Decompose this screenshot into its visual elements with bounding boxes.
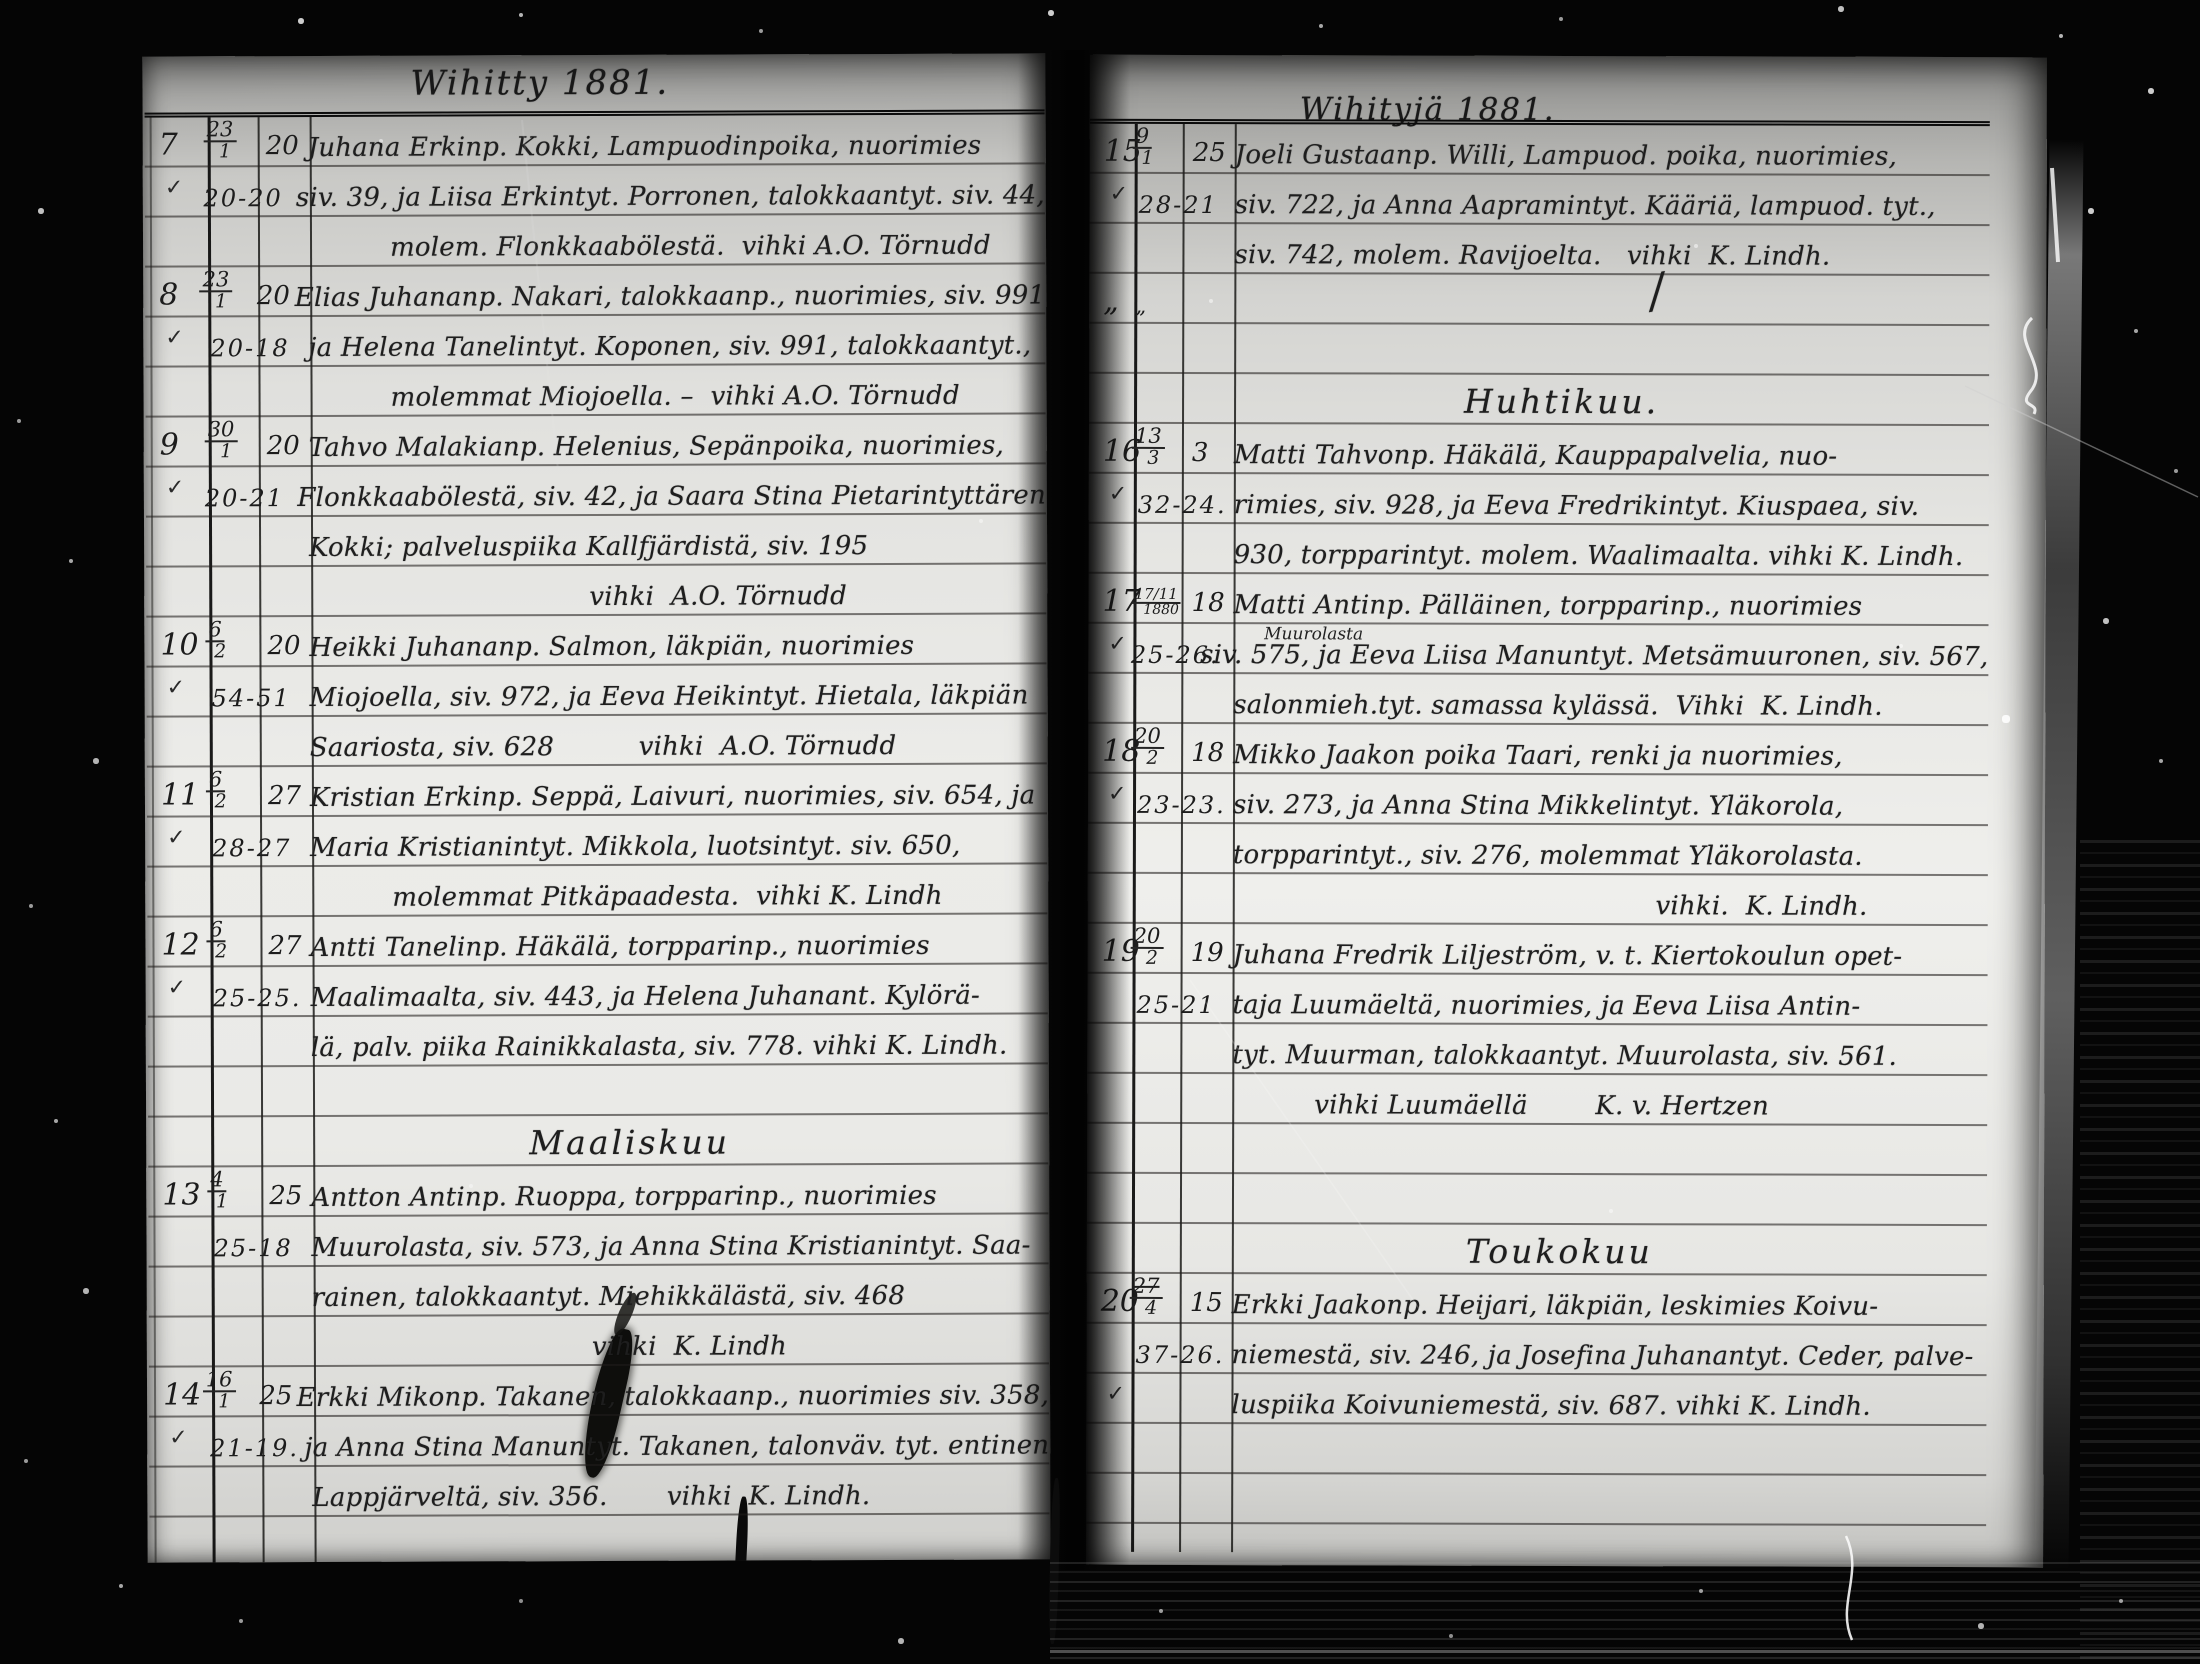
entry-line-text: Erkki Mikonp. Takanen, talokkaanp., nuor… [297, 1380, 1050, 1415]
date-day: 23 [204, 120, 237, 142]
entry-text-cell: Maria Kristianintyt. Mikkola, luotsintyt… [310, 814, 1047, 865]
column3-cell [1179, 1524, 1231, 1567]
entry-number-cell [1088, 674, 1133, 722]
column3-cell [260, 1317, 312, 1365]
register-table: 723120Juhana Erkinp. Kokki, Lampuodinpoi… [145, 109, 1050, 1562]
date-cell: 28-27 [208, 817, 258, 865]
column3-cell [1175, 624, 1200, 672]
register-row: molem. Flonkkaabölestä. vihki A.O. Törnu… [145, 214, 1045, 267]
date-fraction: 133 [1134, 427, 1167, 467]
entry-line-text: Juhana Fredrik Liljeström, v. t. Kiertok… [1233, 940, 1903, 974]
check-mark: ✓ [165, 325, 184, 350]
column3-value: 25 [259, 1381, 292, 1411]
column3-cell: 18 [1181, 724, 1233, 772]
entry-number-cell: 14 [149, 1367, 205, 1415]
column3-cell [260, 1517, 312, 1563]
column3-cell [1180, 1074, 1232, 1122]
column3-cell [256, 1417, 304, 1465]
entry-number: 10 [160, 627, 198, 662]
register-row [1086, 1474, 1986, 1526]
date-cell [210, 1317, 260, 1365]
entry-text-cell: siv. 39, ja Liisa Erkintyt. Porronen, ta… [296, 164, 1045, 215]
check-mark: ✓ [167, 675, 186, 700]
register-row: 25-18Muurolasta, siv. 573, ja Anna Stina… [148, 1214, 1048, 1267]
column3-value: 18 [1192, 588, 1225, 618]
column3-cell [251, 467, 298, 515]
register-row [1089, 324, 1989, 376]
entry-number-cell: 15 [1090, 124, 1135, 172]
entry-text-cell: vihki. K. Lindh. [1233, 874, 1988, 924]
date-cell: 202 [1133, 924, 1181, 972]
register-table: 159125Joeli Gustaanp. Willi, Lampuod. po… [1086, 119, 1990, 1568]
entry-text-cell: Mikko Jaakon poika Taari, renki ja nuori… [1233, 724, 1988, 774]
date-cell: „ [1134, 274, 1182, 322]
column3-value: 20 [267, 631, 300, 661]
entry-line-text: Lappjärveltä, siv. 356. vihki K. Lindh. [312, 1481, 870, 1515]
column3-cell [258, 667, 310, 715]
column3-cell [1181, 674, 1233, 722]
entry-line-text: Antton Antinp. Ruoppa, torpparinp., nuor… [311, 1181, 937, 1215]
entry-line-text: Heikki Juhananp. Salmon, läkpiän, nuorim… [309, 631, 914, 665]
register-row: 930120Tahvo Malakianp. Helenius, Sepänpo… [146, 414, 1046, 467]
column3-cell [258, 817, 310, 865]
column3-cell [1182, 274, 1234, 322]
month-heading-row: Maaliskuu [148, 1114, 1048, 1167]
column3-cell [1182, 524, 1234, 572]
entry-number-cell: 9 [146, 417, 207, 465]
column3-cell: 25 [1183, 124, 1235, 172]
column3-cell [257, 517, 309, 565]
entry-number-cell [1087, 1174, 1132, 1222]
entry-number-cell [146, 567, 207, 615]
register-row: vihki K. Lindh [149, 1314, 1049, 1367]
date-cell [209, 1067, 259, 1115]
date-fraction: 274 [1132, 1277, 1165, 1317]
entry-number-cell: ✓ [1090, 174, 1135, 222]
entry-text-cell: molem. Flonkkaabölestä. vihki A.O. Törnu… [308, 214, 1045, 265]
entry-line-text: ja Helena Tanelintyt. Koponen, siv. 991,… [308, 330, 1031, 365]
column3-cell: 15 [1180, 1274, 1232, 1322]
entry-number-cell [1086, 1524, 1131, 1568]
date-day: 9 [1133, 127, 1152, 149]
column3-cell [258, 867, 310, 915]
date-cell: 301 [207, 417, 257, 465]
entry-text-cell: ja Helena Tanelintyt. Koponen, siv. 991,… [308, 314, 1045, 365]
entry-number-cell [1089, 324, 1134, 372]
date-cell [207, 517, 257, 565]
dust-specks [0, 0, 2, 2]
column3-cell [1180, 974, 1232, 1022]
entry-text-cell: Muurolastasiv. 575, ja Eeva Liisa Manunt… [1200, 624, 1988, 674]
column3-value: 20 [257, 281, 290, 311]
entry-text-cell: Erkki Mikonp. Takanen, talokkaanp., nuor… [297, 1364, 1050, 1415]
entry-line-text: Kokki; palveluspiika Kallfjärdistä, siv.… [309, 531, 868, 565]
entry-text-cell: tyt. Muurman, talokkaantyt. Muurolasta, … [1232, 1024, 1987, 1074]
register-row: 161333Matti Tahvonp. Häkälä, Kauppapalve… [1089, 424, 1989, 476]
column3-cell: 18 [1181, 574, 1233, 622]
entry-line-text: vihki. K. Lindh. [1656, 891, 1868, 924]
date-cell: 54-51 [208, 667, 258, 715]
entry-text-cell: Juhana Fredrik Liljeström, v. t. Kiertok… [1233, 924, 1988, 974]
entry-text-cell: Heikki Juhananp. Salmon, läkpiän, nuorim… [309, 614, 1046, 665]
register-row: ✓25-25.Maalimaalta, siv. 443, ja Helena … [148, 964, 1048, 1017]
entry-number-cell: 13 [148, 1167, 209, 1215]
register-row: siv. 742, molem. Ravijoelta. vihki K. Li… [1089, 224, 1989, 276]
entry-text-cell: ∕ [1234, 274, 1989, 324]
date-cell [210, 1467, 260, 1515]
entry-line-text: molemmat Miojoella. – vihki A.O. Törnudd [391, 381, 960, 415]
register-row: 126227Antti Tanelinp. Häkälä, torpparinp… [147, 914, 1047, 967]
entry-number-cell: ✓ [1089, 474, 1134, 522]
date-fraction: 41 [209, 1170, 229, 1210]
entry-line-text: molem. Flonkkaabölestä. vihki A.O. Törnu… [390, 231, 991, 265]
register-row: ✓luspiika Koivuniemestä, siv. 687. vihki… [1086, 1374, 1986, 1426]
entry-text-cell: Kristian Erkinp. Seppä, Laivuri, nuorimi… [310, 764, 1047, 815]
column3-cell [1180, 1124, 1232, 1172]
date-cell [1132, 1224, 1180, 1272]
date-cell [1132, 1074, 1180, 1122]
film-streaks [1050, 1650, 2200, 1653]
date-day: 20 [1131, 927, 1164, 949]
entry-text-cell: Saariosta, siv. 628 vihki A.O. Törnudd [310, 714, 1047, 765]
date-cell [208, 867, 258, 915]
entry-line-text: rimies, siv. 928, ja Eeva Fredrikintyt. … [1234, 490, 1920, 524]
register-row [1087, 1174, 1987, 1226]
entry-text-cell: Lappjärveltä, siv. 356. vihki K. Lindh. [312, 1464, 1049, 1515]
register-row: 134125Antton Antinp. Ruoppa, torpparinp.… [148, 1164, 1048, 1217]
entry-line-text: ja Anna Stina Manuntyt. Takanen, talonvä… [304, 1430, 1049, 1465]
column3-cell [1182, 224, 1234, 272]
date-fraction: 202 [1133, 727, 1166, 767]
entry-text-cell: Tahvo Malakianp. Helenius, Sepänpoika, n… [309, 414, 1046, 465]
date-cell: 62 [207, 617, 257, 665]
entry-text-cell: ja Anna Stina Manuntyt. Takanen, talonvä… [304, 1414, 1049, 1465]
check-mark: ✓ [169, 1425, 188, 1450]
date-month: 1 [215, 292, 227, 310]
register-row: 116227Kristian Erkinp. Seppä, Laivuri, n… [147, 764, 1047, 817]
date-month: 2 [1146, 749, 1158, 767]
date-cell [1131, 1424, 1179, 1472]
column3-cell [1180, 1024, 1232, 1072]
entry-number-cell: ✓ [147, 817, 208, 865]
entry-number: 12 [161, 927, 199, 962]
register-row: 2027415Erkki Jaakonp. Heijari, läkpiän, … [1087, 1274, 1987, 1326]
entry-number-cell [145, 367, 206, 415]
date-cell [1134, 524, 1182, 572]
register-row: ✓25-26.Muurolastasiv. 575, ja Eeva Liisa… [1088, 624, 1988, 676]
column3-value: 20 [267, 431, 300, 461]
date-cell: 25-26. [1127, 624, 1175, 672]
column3-cell [260, 1467, 312, 1515]
microfilm-scan: Wihitty 1881. 723120Juhana Erkinp. Kokki… [0, 0, 2200, 1664]
register-row: Saariosta, siv. 628 vihki A.O. Törnudd [147, 714, 1047, 767]
entry-number-cell [1088, 874, 1133, 922]
column3-cell [259, 1067, 311, 1115]
entry-number-cell [148, 1067, 209, 1115]
check-mark: ✓ [1106, 1382, 1125, 1407]
column3-cell [1182, 374, 1234, 422]
check-mark: ✓ [166, 475, 185, 500]
entry-line-text: siv. 39, ja Liisa Erkintyt. Porronen, ta… [296, 180, 1045, 215]
date-month: 2 [214, 642, 226, 660]
date-cell: 91 [1135, 124, 1183, 172]
entry-line-text: Juhana Erkinp. Kokki, Lampuodinpoika, nu… [308, 131, 982, 165]
register-row: 106220Heikki Juhananp. Salmon, läkpiän, … [146, 614, 1046, 667]
date-day: 30 [205, 420, 238, 442]
column3-cell [1182, 324, 1234, 372]
entry-number-cell [1087, 1324, 1132, 1372]
entry-line-text: molemmat Pitkäpaadesta. vihki K. Lindh [392, 881, 942, 915]
date-cell: 231 [206, 117, 256, 165]
date-cell: 202 [1133, 724, 1181, 772]
entry-text-cell: 930, torpparintyt. molem. Waalimaalta. v… [1234, 524, 1989, 574]
date-cell: 20-21 [201, 467, 251, 515]
entry-line-text: Flonkkaabölestä, siv. 42, ja Saara Stina… [297, 480, 1046, 515]
entry-text-cell: rainen, talokkaantyt. Miehikkälästä, siv… [312, 1264, 1049, 1315]
date-cell: 25-18 [209, 1217, 259, 1265]
entry-text-cell: vihki A.O. Törnudd [309, 564, 1046, 615]
column3-cell: 19 [1181, 924, 1233, 972]
entry-number-cell: 7 [145, 117, 206, 165]
entry-text-cell: luspiika Koivuniemestä, siv. 687. vihki … [1231, 1374, 1986, 1424]
entry-text-cell: Toukokuu [1232, 1224, 1987, 1274]
column3-cell [260, 1267, 312, 1315]
entry-line-text: niemestä, siv. 246, ja Josefina Juhanant… [1232, 1340, 1974, 1374]
column3-cell [259, 1017, 311, 1065]
entry-text-cell: Maaliskuu [311, 1114, 1048, 1165]
entry-text-cell: Kokki; palveluspiika Kallfjärdistä, siv.… [309, 514, 1046, 565]
date-month: 1 [220, 442, 232, 460]
date-cell [1131, 1524, 1179, 1567]
date-month: 4 [1145, 1299, 1157, 1317]
date-fraction: 17/111880 [1134, 587, 1183, 617]
entry-line-text: Muurolasta, siv. 573, ja Anna Stina Kris… [311, 1230, 1030, 1265]
entry-number-cell: 17 [1088, 574, 1133, 622]
entry-text-cell: molemmat Miojoella. – vihki A.O. Törnudd [308, 364, 1045, 415]
column3-cell [249, 167, 295, 215]
date-cell [1132, 1124, 1180, 1172]
date-cell: 62 [208, 917, 258, 965]
check-mark: ✓ [1109, 482, 1128, 507]
date-month: 2 [215, 942, 227, 960]
entry-text-cell: vihki Luumäellä K. v. Hertzen [1232, 1074, 1987, 1124]
register-row: 1717/11188018Matti Antinp. Pälläinen, to… [1088, 574, 1988, 626]
register-row: 1920219Juhana Fredrik Liljeström, v. t. … [1088, 924, 1988, 976]
check-mark: ✓ [1110, 182, 1129, 207]
register-row: ✓28-27Maria Kristianintyt. Mikkola, luot… [147, 814, 1047, 867]
column3-cell [1181, 874, 1233, 922]
entry-number-cell: ✓ [148, 967, 209, 1015]
date-cell [1134, 374, 1182, 422]
entry-number-cell [1089, 224, 1134, 272]
entry-line-text: Maria Kristianintyt. Mikkola, luotsintyt… [310, 831, 960, 865]
column3-cell [1179, 1424, 1231, 1472]
date-cell: 32-24. [1134, 474, 1182, 522]
entry-text-cell: salonmieh.tyt. samassa kylässä. Vihki K.… [1233, 674, 1988, 724]
date-cell [1133, 674, 1181, 722]
entry-number-cell: „ [1089, 274, 1134, 322]
column3-cell [259, 967, 311, 1015]
column3-value: 27 [268, 931, 301, 961]
entry-number-cell: 10 [146, 617, 207, 665]
column3-cell: 3 [1182, 424, 1234, 472]
date-cell [209, 1117, 259, 1165]
register-row [149, 1514, 1049, 1562]
entry-line-text: Elias Juhananp. Nakari, talokkaanp., nuo… [295, 280, 1046, 315]
entry-number-cell [1089, 374, 1134, 422]
entry-number-cell [148, 1217, 209, 1265]
register-row [1086, 1424, 1986, 1476]
entry-line-text: Maalimaalta, siv. 443, ja Helena Juhanan… [311, 981, 980, 1015]
date-cell: 20-18 [206, 317, 256, 365]
date-cell [1133, 874, 1181, 922]
entry-number: „ [1103, 284, 1119, 319]
entry-text-cell: taja Luumäeltä, nuorimies, ja Eeva Liisa… [1232, 974, 1987, 1024]
entry-number-cell: 11 [147, 767, 208, 815]
entry-number-cell: ✓ [149, 1417, 206, 1465]
date-cell: 231 [202, 267, 247, 315]
entry-number-cell: 19 [1088, 924, 1133, 972]
register-row: 37-26.niemestä, siv. 246, ja Josefina Ju… [1087, 1324, 1987, 1376]
entry-text-cell: torpparintyt., siv. 276, molemmat Yläkor… [1233, 824, 1988, 874]
column3-cell: 25 [249, 1367, 297, 1415]
date-cell [1132, 1174, 1180, 1222]
entry-line-text: siv. 273, ja Anna Stina Mikkelintyt. Ylä… [1233, 790, 1843, 824]
entry-text-cell: niemestä, siv. 246, ja Josefina Juhanant… [1232, 1324, 1987, 1374]
month-heading-row: Toukokuu [1087, 1224, 1987, 1276]
column3-value: 20 [266, 131, 299, 161]
entry-line-text: Erkki Jaakonp. Heijari, läkpiän, leskimi… [1232, 1290, 1879, 1324]
entry-text-cell [1232, 1174, 1987, 1224]
register-row: ✓21-19.ja Anna Stina Manuntyt. Takanen, … [149, 1414, 1049, 1467]
date-month: 1 [216, 1192, 228, 1210]
entry-number-cell [1087, 1074, 1132, 1122]
entry-text-cell: siv. 273, ja Anna Stina Mikkelintyt. Ylä… [1233, 774, 1988, 824]
column3-cell [1179, 1374, 1231, 1422]
entry-text-cell: Miojoella, siv. 972, ja Eeva Heikintyt. … [310, 664, 1047, 715]
register-row [1086, 1524, 1986, 1568]
register-row: ✓32-24.rimies, siv. 928, ja Eeva Fredrik… [1089, 474, 1989, 526]
date-cell [208, 717, 258, 765]
entry-text-cell: lä, palv. piika Rainikkalasta, siv. 778.… [311, 1014, 1048, 1065]
entry-text-cell: Erkki Jaakonp. Heijari, läkpiän, leskimi… [1232, 1274, 1987, 1324]
date-cell: 25-21 [1132, 974, 1180, 1022]
register-row: ✓54-51Miojoella, siv. 972, ja Eeva Heiki… [147, 664, 1047, 717]
entry-line-text: taja Luumäeltä, nuorimies, ja Eeva Liisa… [1232, 990, 1860, 1024]
register-row: torpparintyt., siv. 276, molemmat Yläkor… [1088, 824, 1988, 876]
column3-cell [1180, 1324, 1232, 1372]
column3-value: 19 [1191, 938, 1224, 968]
register-row: salonmieh.tyt. samassa kylässä. Vihki K.… [1088, 674, 1988, 726]
entry-number: 11 [161, 777, 199, 812]
register-row: ✓23-23.siv. 273, ja Anna Stina Mikkelint… [1088, 774, 1988, 826]
column3-cell: 20 [247, 267, 295, 315]
entry-number-cell [145, 217, 206, 265]
entry-number-cell [1086, 1424, 1131, 1472]
register-page-right: Wihityjä 1881. 159125Joeli Gustaanp. Wil… [1086, 55, 2047, 1568]
column3-cell [256, 317, 308, 365]
date-cell [1134, 224, 1182, 272]
entry-number-cell: ✓ [145, 167, 200, 215]
date-day: 4 [207, 1170, 226, 1192]
column3-cell [1180, 1224, 1232, 1272]
check-mark: ✓ [165, 175, 184, 200]
month-heading-row: Huhtikuu. [1089, 374, 1989, 426]
register-row: lä, palv. piika Rainikkalasta, siv. 778.… [148, 1014, 1048, 1067]
entry-line-text: 930, torpparintyt. molem. Waalimaalta. v… [1234, 540, 1964, 574]
check-mark: ✓ [168, 975, 187, 1000]
entry-number-cell [1087, 1224, 1132, 1272]
date-day: 6 [206, 770, 225, 792]
entry-number: 7 [159, 127, 178, 162]
entry-number-cell [149, 1467, 210, 1515]
register-row: 1820218Mikko Jaakon poika Taari, renki j… [1088, 724, 1988, 776]
column3-cell: 25 [259, 1167, 311, 1215]
column3-cell: 20 [257, 617, 309, 665]
entry-text-cell: Flonkkaabölestä, siv. 42, ja Saara Stina… [297, 464, 1046, 515]
entry-number-cell: ✓ [145, 317, 206, 365]
entry-line-text: salonmieh.tyt. samassa kylässä. Vihki K.… [1233, 690, 1883, 724]
date-cell [206, 367, 256, 415]
column3-cell [1182, 474, 1234, 522]
register-row: 723120Juhana Erkinp. Kokki, Lampuodinpoi… [145, 114, 1045, 167]
register-row: Lappjärveltä, siv. 356. vihki K. Lindh. [149, 1464, 1049, 1517]
entry-text-cell: Antti Tanelinp. Häkälä, torpparinp., nuo… [310, 914, 1047, 965]
date-cell: 28-21 [1135, 174, 1183, 222]
entry-number-cell [1088, 824, 1133, 872]
column3-cell [258, 717, 310, 765]
entry-line-text: Saariosta, siv. 628 vihki A.O. Törnudd [310, 731, 897, 765]
date-cell [1133, 824, 1181, 872]
entry-number: 8 [159, 277, 178, 312]
date-day: 16 [203, 1370, 236, 1392]
column3-cell [1179, 1474, 1231, 1522]
date-cell [210, 1517, 260, 1562]
page-header: Wihitty 1881. [410, 63, 669, 104]
film-streaks [2080, 840, 2200, 1660]
entry-text-cell: Joeli Gustaanp. Willi, Lampuod. poika, n… [1235, 124, 1990, 174]
date-cell: 274 [1132, 1274, 1180, 1322]
register-row: rainen, talokkaantyt. Miehikkälästä, siv… [149, 1264, 1049, 1317]
date-month: 1 [1141, 149, 1153, 167]
entry-text-cell: siv. 742, molem. Ravijoelta. vihki K. Li… [1234, 224, 1989, 274]
register-row: ✓20-21Flonkkaabölestä, siv. 42, ja Saara… [146, 464, 1046, 517]
entry-text-cell: Maalimaalta, siv. 443, ja Helena Juhanan… [311, 964, 1048, 1015]
date-cell: 41 [209, 1167, 259, 1215]
date-fraction: 202 [1133, 927, 1166, 967]
date-fraction: „ [1134, 297, 1151, 317]
entry-text-cell: molemmat Pitkäpaadesta. vihki K. Lindh [310, 864, 1047, 915]
entry-text-cell [1232, 1124, 1987, 1174]
date-fraction: 62 [207, 620, 227, 660]
column3-cell: 20 [256, 117, 308, 165]
date-cell [1131, 1474, 1179, 1522]
month-heading: Huhtikuu. [1464, 382, 1659, 424]
entry-number-cell: 16 [1089, 424, 1134, 472]
date-fraction: 231 [202, 270, 235, 310]
column3-cell: 27 [258, 767, 310, 815]
date-fraction: 231 [206, 120, 239, 160]
date-fraction: 161 [205, 1370, 238, 1410]
entry-line-text: Tahvo Malakianp. Helenius, Sepänpoika, n… [309, 431, 1004, 465]
entry-number-cell [1087, 974, 1132, 1022]
column3-cell [256, 367, 308, 415]
register-row [148, 1064, 1048, 1117]
date-day: 6 [206, 920, 225, 942]
entry-line-text: Kristian Erkinp. Seppä, Laivuri, nuorimi… [310, 780, 1035, 815]
date-cell: 37-26. [1132, 1324, 1180, 1372]
register-row: vihki A.O. Törnudd [146, 564, 1046, 617]
